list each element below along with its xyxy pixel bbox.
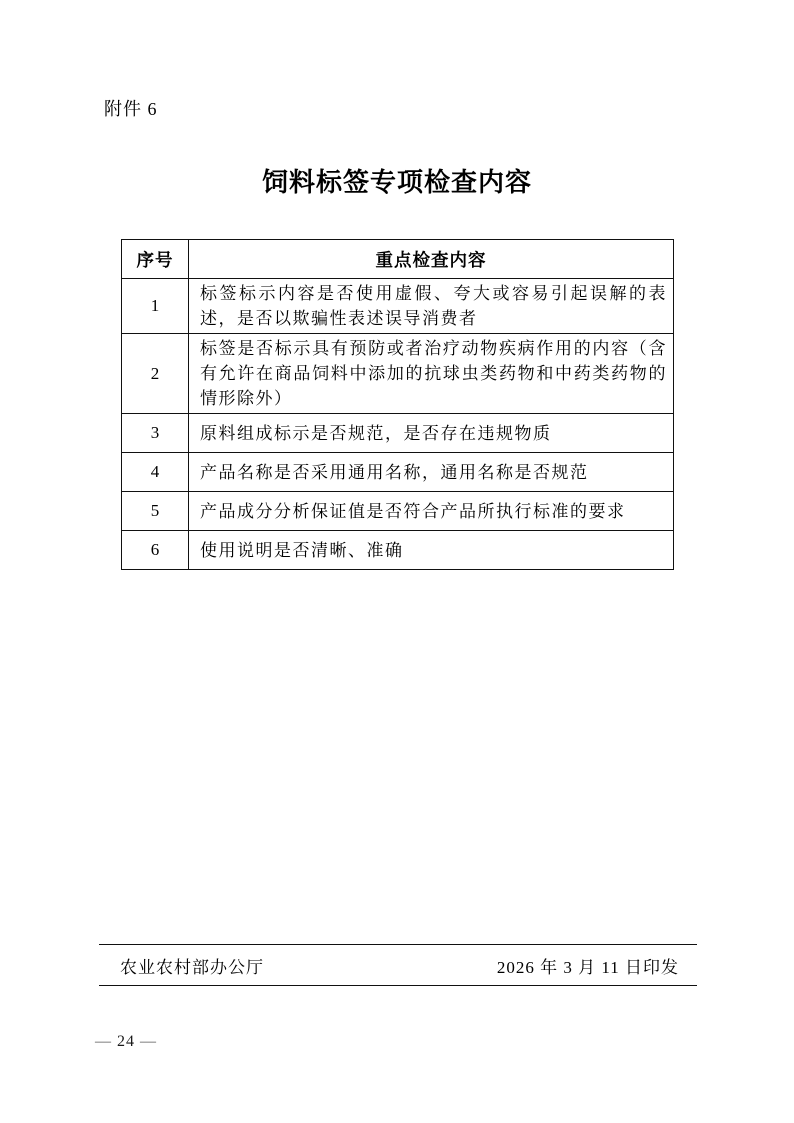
- table-header: 序号 重点检查内容: [122, 240, 674, 279]
- row-content: 标签是否标示具有预防或者治疗动物疾病作用的内容（含有允许在商品饲料中添加的抗球虫…: [189, 334, 674, 414]
- row-number: 3: [122, 414, 189, 453]
- row-content: 产品名称是否采用通用名称，通用名称是否规范: [189, 453, 674, 492]
- page-title: 饲料标签专项检查内容: [0, 165, 794, 201]
- table-row: 1 标签标示内容是否使用虚假、夸大或容易引起误解的表述，是否以欺骗性表述误导消费…: [122, 279, 674, 334]
- row-content: 标签标示内容是否使用虚假、夸大或容易引起误解的表述，是否以欺骗性表述误导消费者: [189, 279, 674, 334]
- attachment-label: 附件 6: [104, 96, 158, 122]
- row-number: 1: [122, 279, 189, 334]
- footer-issuer: 农业农村部办公厅: [120, 953, 264, 978]
- page-number-value: 24: [117, 1033, 135, 1050]
- row-number: 2: [122, 334, 189, 414]
- page-number-dash-left: —: [95, 1033, 112, 1050]
- header-cell-content: 重点检查内容: [189, 240, 674, 279]
- row-number: 4: [122, 453, 189, 492]
- footer-print-date: 2026 年 3 月 11 日印发: [497, 953, 679, 978]
- header-cell-number: 序号: [122, 240, 189, 279]
- row-content: 使用说明是否清晰、准确: [189, 531, 674, 570]
- table-row: 3 原料组成标示是否规范，是否存在违规物质: [122, 414, 674, 453]
- row-number: 6: [122, 531, 189, 570]
- document-footer: 农业农村部办公厅 2026 年 3 月 11 日印发: [99, 944, 697, 986]
- table-body: 1 标签标示内容是否使用虚假、夸大或容易引起误解的表述，是否以欺骗性表述误导消费…: [122, 279, 674, 570]
- table-row: 6 使用说明是否清晰、准确: [122, 531, 674, 570]
- row-content: 产品成分分析保证值是否符合产品所执行标准的要求: [189, 492, 674, 531]
- table-row: 4 产品名称是否采用通用名称，通用名称是否规范: [122, 453, 674, 492]
- row-content: 原料组成标示是否规范，是否存在违规物质: [189, 414, 674, 453]
- page-number: — 24 —: [95, 1033, 157, 1051]
- inspection-table: 序号 重点检查内容 1 标签标示内容是否使用虚假、夸大或容易引起误解的表述，是否…: [121, 239, 674, 570]
- table-row: 2 标签是否标示具有预防或者治疗动物疾病作用的内容（含有允许在商品饲料中添加的抗…: [122, 334, 674, 414]
- document-page: 附件 6 饲料标签专项检查内容 序号 重点检查内容 1 标签标示内容是否使用虚假…: [0, 0, 794, 1123]
- page-number-dash-right: —: [140, 1033, 157, 1050]
- table-row: 5 产品成分分析保证值是否符合产品所执行标准的要求: [122, 492, 674, 531]
- table-header-row: 序号 重点检查内容: [122, 240, 674, 279]
- row-number: 5: [122, 492, 189, 531]
